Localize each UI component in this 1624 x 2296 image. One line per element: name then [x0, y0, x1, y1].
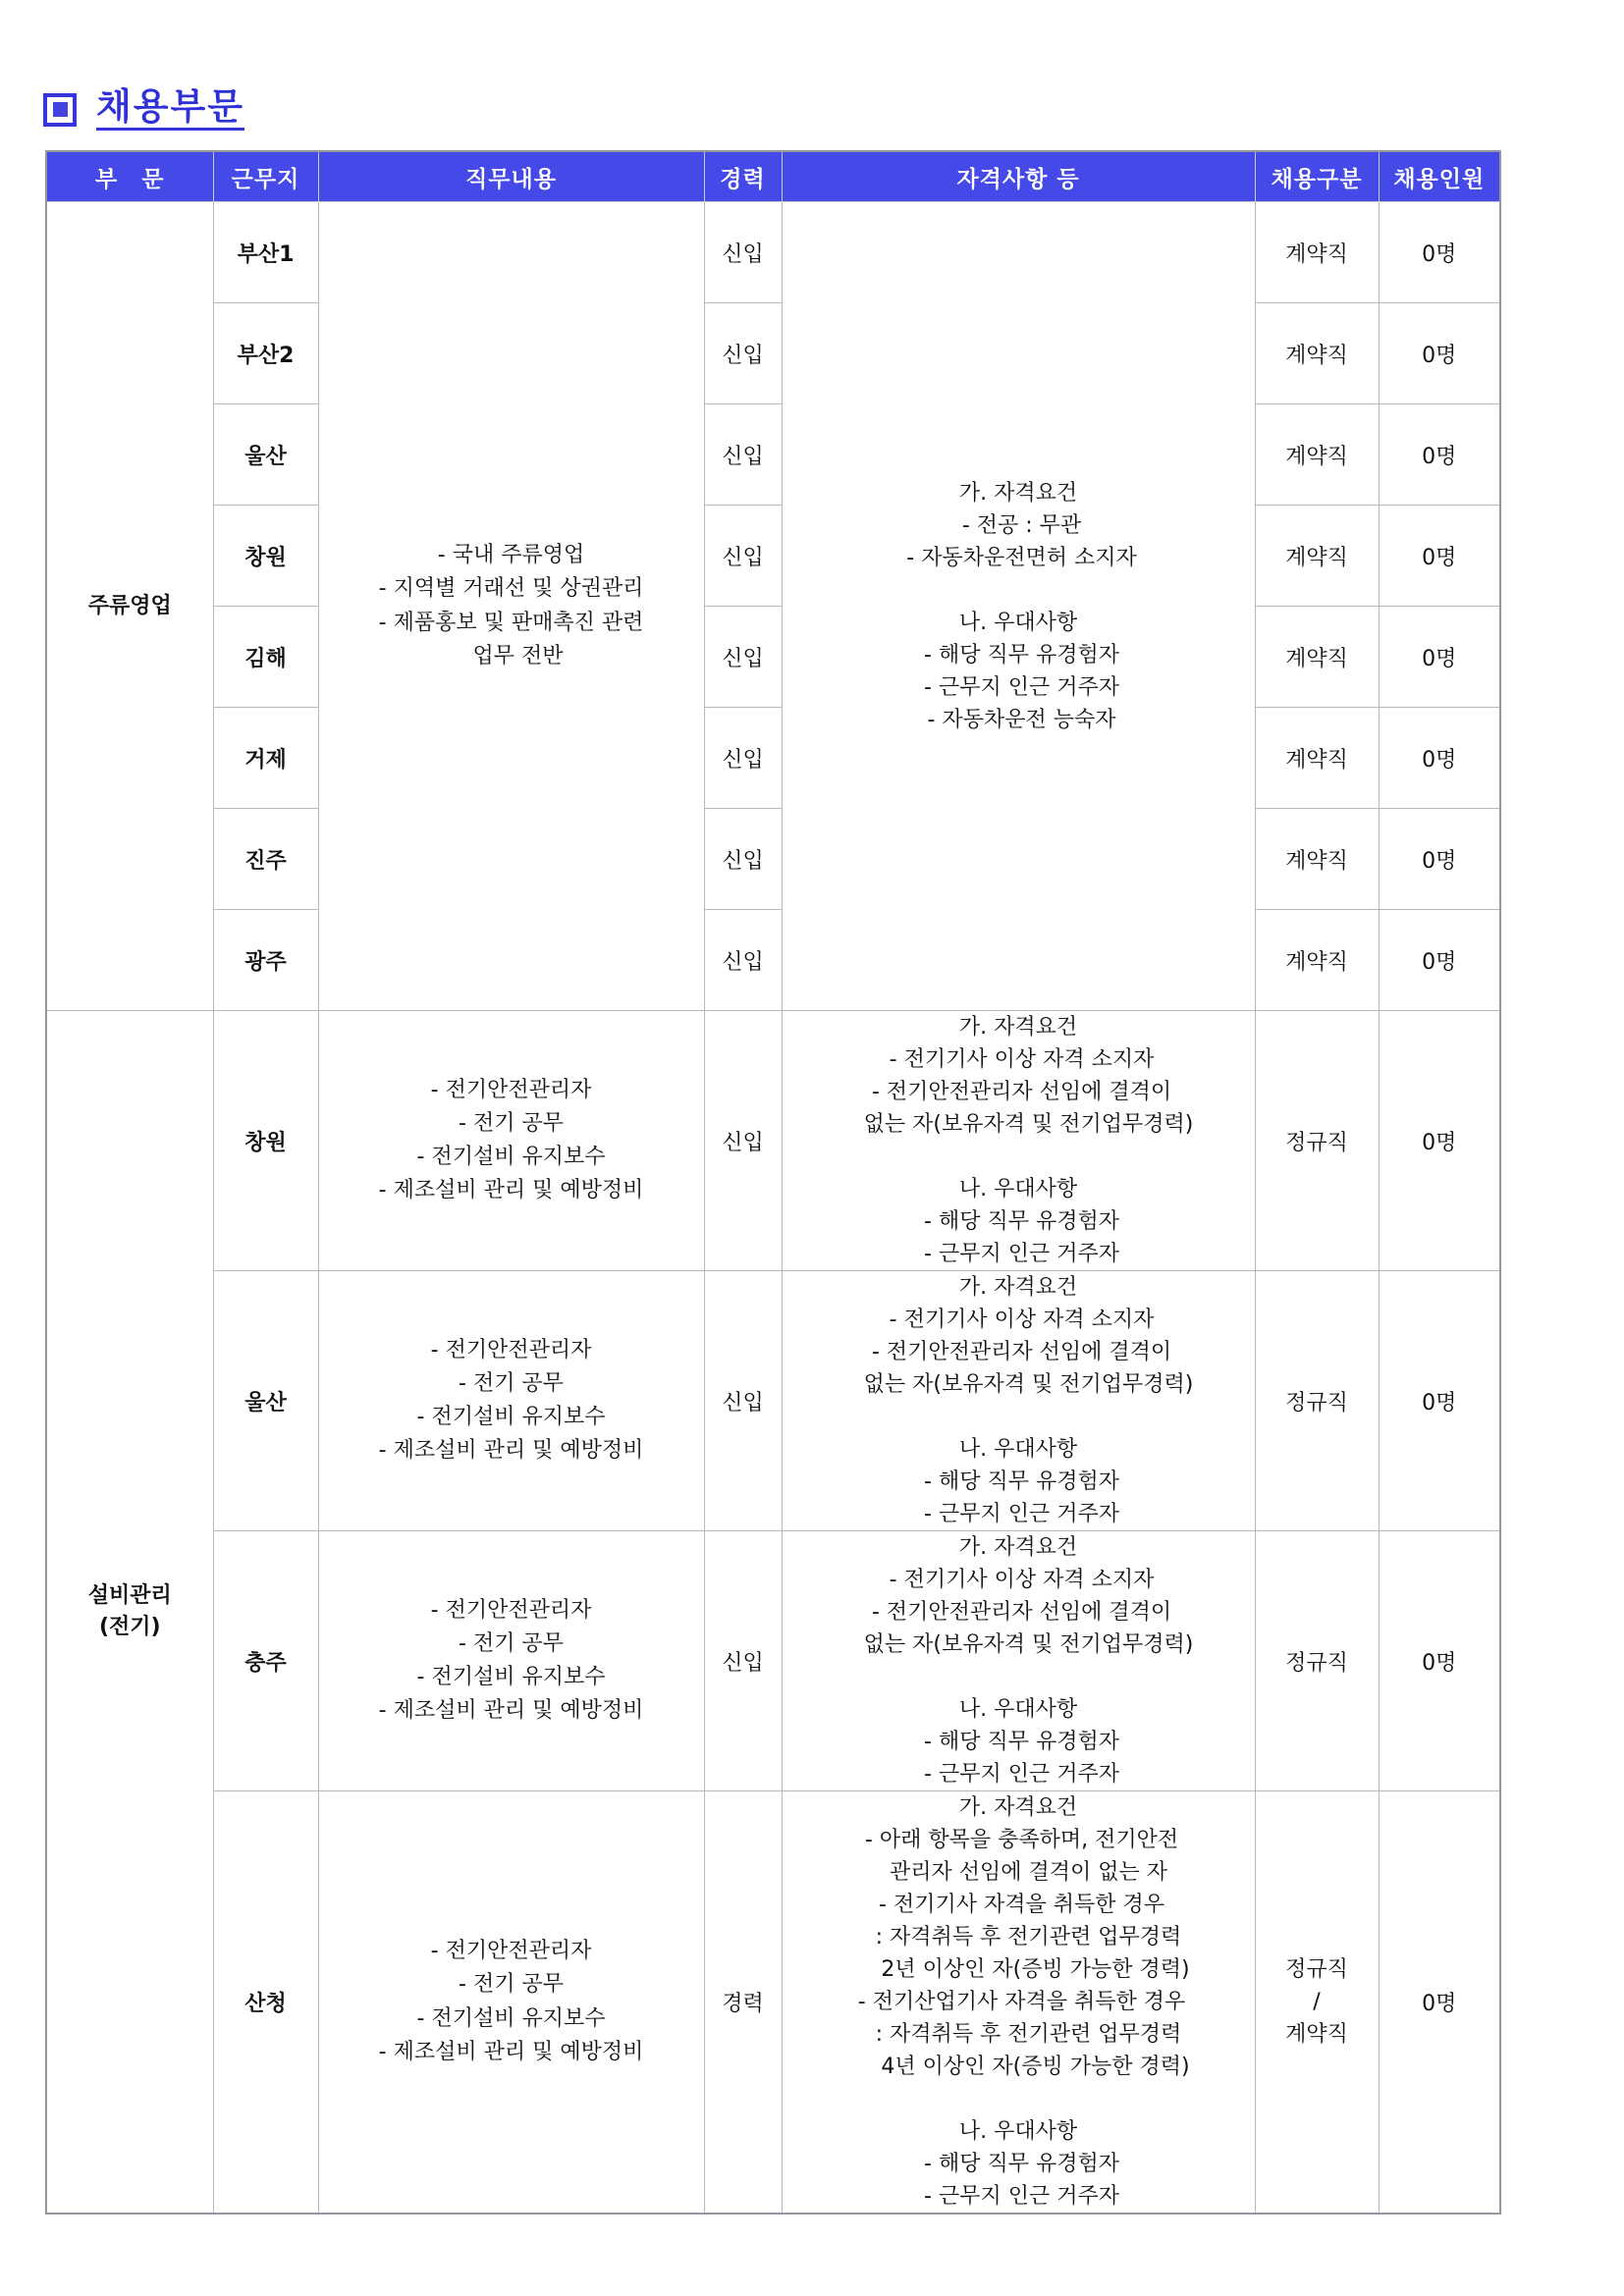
headcount-cell: 0명 — [1379, 1791, 1500, 2215]
job-desc-cell: - 전기안전관리자 - 전기 공무 - 전기설비 유지보수 - 제조설비 관리 … — [318, 1011, 704, 1271]
headcount-cell: 0명 — [1379, 202, 1500, 303]
table-row-facility-changwon: 설비관리 (전기) 창원 - 전기안전관리자 - 전기 공무 - 전기설비 유지… — [46, 1011, 1500, 1271]
table-row-liquor-ulsan: 울산 신입 계약직 0명 — [46, 404, 1500, 506]
division-cell-liquor: 주류영업 — [46, 202, 213, 1011]
hire-type-cell: 계약직 — [1255, 404, 1379, 506]
table-row-facility-ulsan: 울산 - 전기안전관리자 - 전기 공무 - 전기설비 유지보수 - 제조설비 … — [46, 1271, 1500, 1531]
hire-type-cell: 계약직 — [1255, 506, 1379, 607]
headcount-cell: 0명 — [1379, 506, 1500, 607]
headcount-cell: 0명 — [1379, 708, 1500, 809]
division-cell-facility: 설비관리 (전기) — [46, 1011, 213, 2215]
headcount-cell: 0명 — [1379, 1011, 1500, 1271]
headcount-cell: 0명 — [1379, 404, 1500, 506]
job-desc-cell: - 전기안전관리자 - 전기 공무 - 전기설비 유지보수 - 제조설비 관리 … — [318, 1791, 704, 2215]
career-cell: 신입 — [704, 809, 782, 910]
location-cell: 울산 — [213, 404, 318, 506]
table-row-liquor-geoje: 거제 신입 계약직 0명 — [46, 708, 1500, 809]
header-job: 직무내용 — [318, 151, 704, 202]
header-headcount: 채용인원 — [1379, 151, 1500, 202]
location-cell: 거제 — [213, 708, 318, 809]
hire-type-cell: 계약직 — [1255, 708, 1379, 809]
career-cell: 신입 — [704, 1271, 782, 1531]
document-page: 채용부문 부 문 근무지 직무내용 경력 자격사항 등 채용구분 채용인원 주류… — [0, 0, 1624, 2296]
hire-type-cell: 계약직 — [1255, 303, 1379, 404]
table-row-liquor-busan2: 부산2 신입 계약직 0명 — [46, 303, 1500, 404]
location-cell: 진주 — [213, 809, 318, 910]
job-desc-cell: - 전기안전관리자 - 전기 공무 - 전기설비 유지보수 - 제조설비 관리 … — [318, 1271, 704, 1531]
hire-type-cell: 계약직 — [1255, 202, 1379, 303]
headcount-cell: 0명 — [1379, 1271, 1500, 1531]
headcount-cell: 0명 — [1379, 607, 1500, 708]
location-cell: 김해 — [213, 607, 318, 708]
career-cell: 신입 — [704, 303, 782, 404]
page-title: 채용부문 — [96, 88, 244, 131]
headcount-cell: 0명 — [1379, 1531, 1500, 1791]
headcount-cell: 0명 — [1379, 809, 1500, 910]
header-career: 경력 — [704, 151, 782, 202]
hire-type-cell: 정규직 — [1255, 1271, 1379, 1531]
header-division: 부 문 — [46, 151, 213, 202]
header-hire-type: 채용구분 — [1255, 151, 1379, 202]
location-cell: 부산2 — [213, 303, 318, 404]
table-row-liquor-busan1: 주류영업 부산1 - 국내 주류영업 - 지역별 거래선 및 상권관리 - 제품… — [46, 202, 1500, 303]
career-cell: 신입 — [704, 1531, 782, 1791]
table-row-facility-chungju: 충주 - 전기안전관리자 - 전기 공무 - 전기설비 유지보수 - 제조설비 … — [46, 1531, 1500, 1791]
career-cell: 신입 — [704, 607, 782, 708]
career-cell: 신입 — [704, 506, 782, 607]
qualifications-cell: 가. 자격요건 - 전기기사 이상 자격 소지자 - 전기안전관리자 선임에 결… — [782, 1271, 1255, 1531]
location-cell: 산청 — [213, 1791, 318, 2215]
hire-type-cell: 계약직 — [1255, 910, 1379, 1011]
table-row-liquor-changwon: 창원 신입 계약직 0명 — [46, 506, 1500, 607]
location-cell: 충주 — [213, 1531, 318, 1791]
title-bullet-icon — [43, 93, 77, 127]
qualifications-cell: 가. 자격요건 - 전기기사 이상 자격 소지자 - 전기안전관리자 선임에 결… — [782, 1531, 1255, 1791]
qualifications-cell: 가. 자격요건 - 전기기사 이상 자격 소지자 - 전기안전관리자 선임에 결… — [782, 1011, 1255, 1271]
career-cell: 신입 — [704, 404, 782, 506]
career-cell: 신입 — [704, 708, 782, 809]
career-cell: 신입 — [704, 1011, 782, 1271]
career-cell: 신입 — [704, 202, 782, 303]
hire-type-cell: 계약직 — [1255, 607, 1379, 708]
qualifications-cell-liquor: 가. 자격요건 - 전공 : 무관 - 자동차운전면허 소지자 나. 우대사항 … — [782, 202, 1255, 1011]
table-row-facility-sancheong: 산청 - 전기안전관리자 - 전기 공무 - 전기설비 유지보수 - 제조설비 … — [46, 1791, 1500, 2215]
hire-type-cell: 정규직 / 계약직 — [1255, 1791, 1379, 2215]
table-row-liquor-jinju: 진주 신입 계약직 0명 — [46, 809, 1500, 910]
location-cell: 창원 — [213, 1011, 318, 1271]
location-cell: 창원 — [213, 506, 318, 607]
headcount-cell: 0명 — [1379, 303, 1500, 404]
headcount-cell: 0명 — [1379, 910, 1500, 1011]
job-desc-cell-liquor: - 국내 주류영업 - 지역별 거래선 및 상권관리 - 제품홍보 및 판매촉진… — [318, 202, 704, 1011]
recruitment-table: 부 문 근무지 직무내용 경력 자격사항 등 채용구분 채용인원 주류영업 부산… — [45, 150, 1501, 2215]
table-row-liquor-gwangju: 광주 신입 계약직 0명 — [46, 910, 1500, 1011]
location-cell: 울산 — [213, 1271, 318, 1531]
table-header-row: 부 문 근무지 직무내용 경력 자격사항 등 채용구분 채용인원 — [46, 151, 1500, 202]
table-row-liquor-gimhae: 김해 신입 계약직 0명 — [46, 607, 1500, 708]
hire-type-cell: 정규직 — [1255, 1011, 1379, 1271]
header-qualifications: 자격사항 등 — [782, 151, 1255, 202]
job-desc-cell: - 전기안전관리자 - 전기 공무 - 전기설비 유지보수 - 제조설비 관리 … — [318, 1531, 704, 1791]
hire-type-cell: 계약직 — [1255, 809, 1379, 910]
location-cell: 광주 — [213, 910, 318, 1011]
career-cell: 경력 — [704, 1791, 782, 2215]
header-location: 근무지 — [213, 151, 318, 202]
section-title-row: 채용부문 — [43, 88, 244, 131]
hire-type-cell: 정규직 — [1255, 1531, 1379, 1791]
location-cell: 부산1 — [213, 202, 318, 303]
qualifications-cell: 가. 자격요건 - 아래 항목을 충족하며, 전기안전 관리자 선임에 결격이 … — [782, 1791, 1255, 2215]
career-cell: 신입 — [704, 910, 782, 1011]
